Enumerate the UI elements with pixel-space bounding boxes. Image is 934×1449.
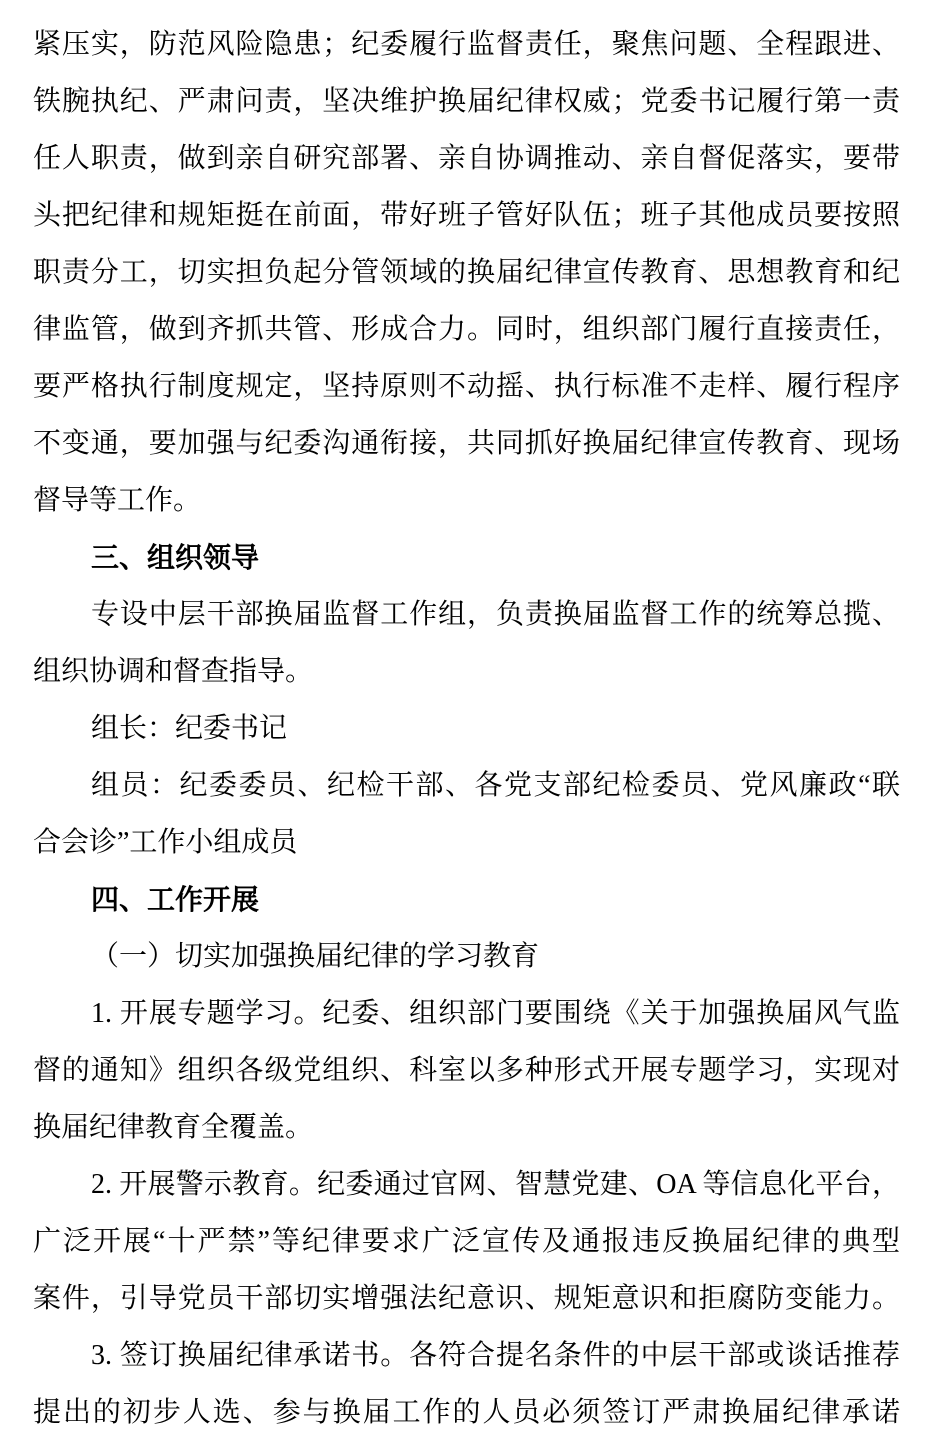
text-line: 任人职责，做到亲自研究部署、亲自协调推动、亲自督促落实，要带 <box>33 130 900 187</box>
text-line: 律监管，做到齐抓共管、形成合力。同时，组织部门履行直接责任， <box>33 301 900 358</box>
text-line: 专设中层干部换届监督工作组，负责换届监督工作的统筹总揽、 <box>33 586 900 643</box>
text-line: 组织协调和督查指导。 <box>33 643 900 700</box>
text-line: 要严格执行制度规定，坚持原则不动摇、执行标准不走样、履行程序 <box>33 358 900 415</box>
text-line: 换届纪律教育全覆盖。 <box>33 1099 900 1156</box>
text-line: 1. 开展专题学习。纪委、组织部门要围绕《关于加强换届风气监 <box>33 985 900 1042</box>
text-line: 铁腕执纪、严肃问责，坚决维护换届纪律权威；党委书记履行第一责 <box>33 73 900 130</box>
text-line: 紧压实，防范风险隐患；纪委履行监督责任，聚焦问题、全程跟进、 <box>33 16 900 73</box>
text-line: 不变通，要加强与纪委沟通衔接，共同抓好换届纪律宣传教育、现场 <box>33 415 900 472</box>
text-line: 3. 签订换届纪律承诺书。各符合提名条件的中层干部或谈话推荐 <box>33 1327 900 1384</box>
document-page: 紧压实，防范风险隐患；纪委履行监督责任，聚焦问题、全程跟进、铁腕执纪、严肃问责，… <box>0 0 934 1449</box>
text-line: 广泛开展“十严禁”等纪律要求广泛宣传及通报违反换届纪律的典型 <box>33 1213 900 1270</box>
text-line: 头把纪律和规矩挺在前面，带好班子管好队伍；班子其他成员要按照 <box>33 187 900 244</box>
text-line: 提出的初步人选、参与换届工作的人员必须签订严肃换届纪律承诺书。 <box>33 1384 900 1441</box>
text-line: 职责分工，切实担负起分管领域的换届纪律宣传教育、思想教育和纪 <box>33 244 900 301</box>
document-body: 紧压实，防范风险隐患；纪委履行监督责任，聚焦问题、全程跟进、铁腕执纪、严肃问责，… <box>0 0 934 1441</box>
text-line: （一）切实加强换届纪律的学习教育 <box>33 928 900 985</box>
text-line: 督的通知》组织各级党组织、科室以多种形式开展专题学习，实现对 <box>33 1042 900 1099</box>
section-heading: 三、组织领导 <box>33 529 900 586</box>
section-heading: 四、工作开展 <box>33 871 900 928</box>
text-line: 2. 开展警示教育。纪委通过官网、智慧党建、OA 等信息化平台， <box>33 1156 900 1213</box>
text-line: 合会诊”工作小组成员 <box>33 814 900 871</box>
text-line: 组长：纪委书记 <box>33 700 900 757</box>
text-line: 案件，引导党员干部切实增强法纪意识、规矩意识和拒腐防变能力。 <box>33 1270 900 1327</box>
text-line: 督导等工作。 <box>33 472 900 529</box>
text-line: 组员：纪委委员、纪检干部、各党支部纪检委员、党风廉政“联 <box>33 757 900 814</box>
